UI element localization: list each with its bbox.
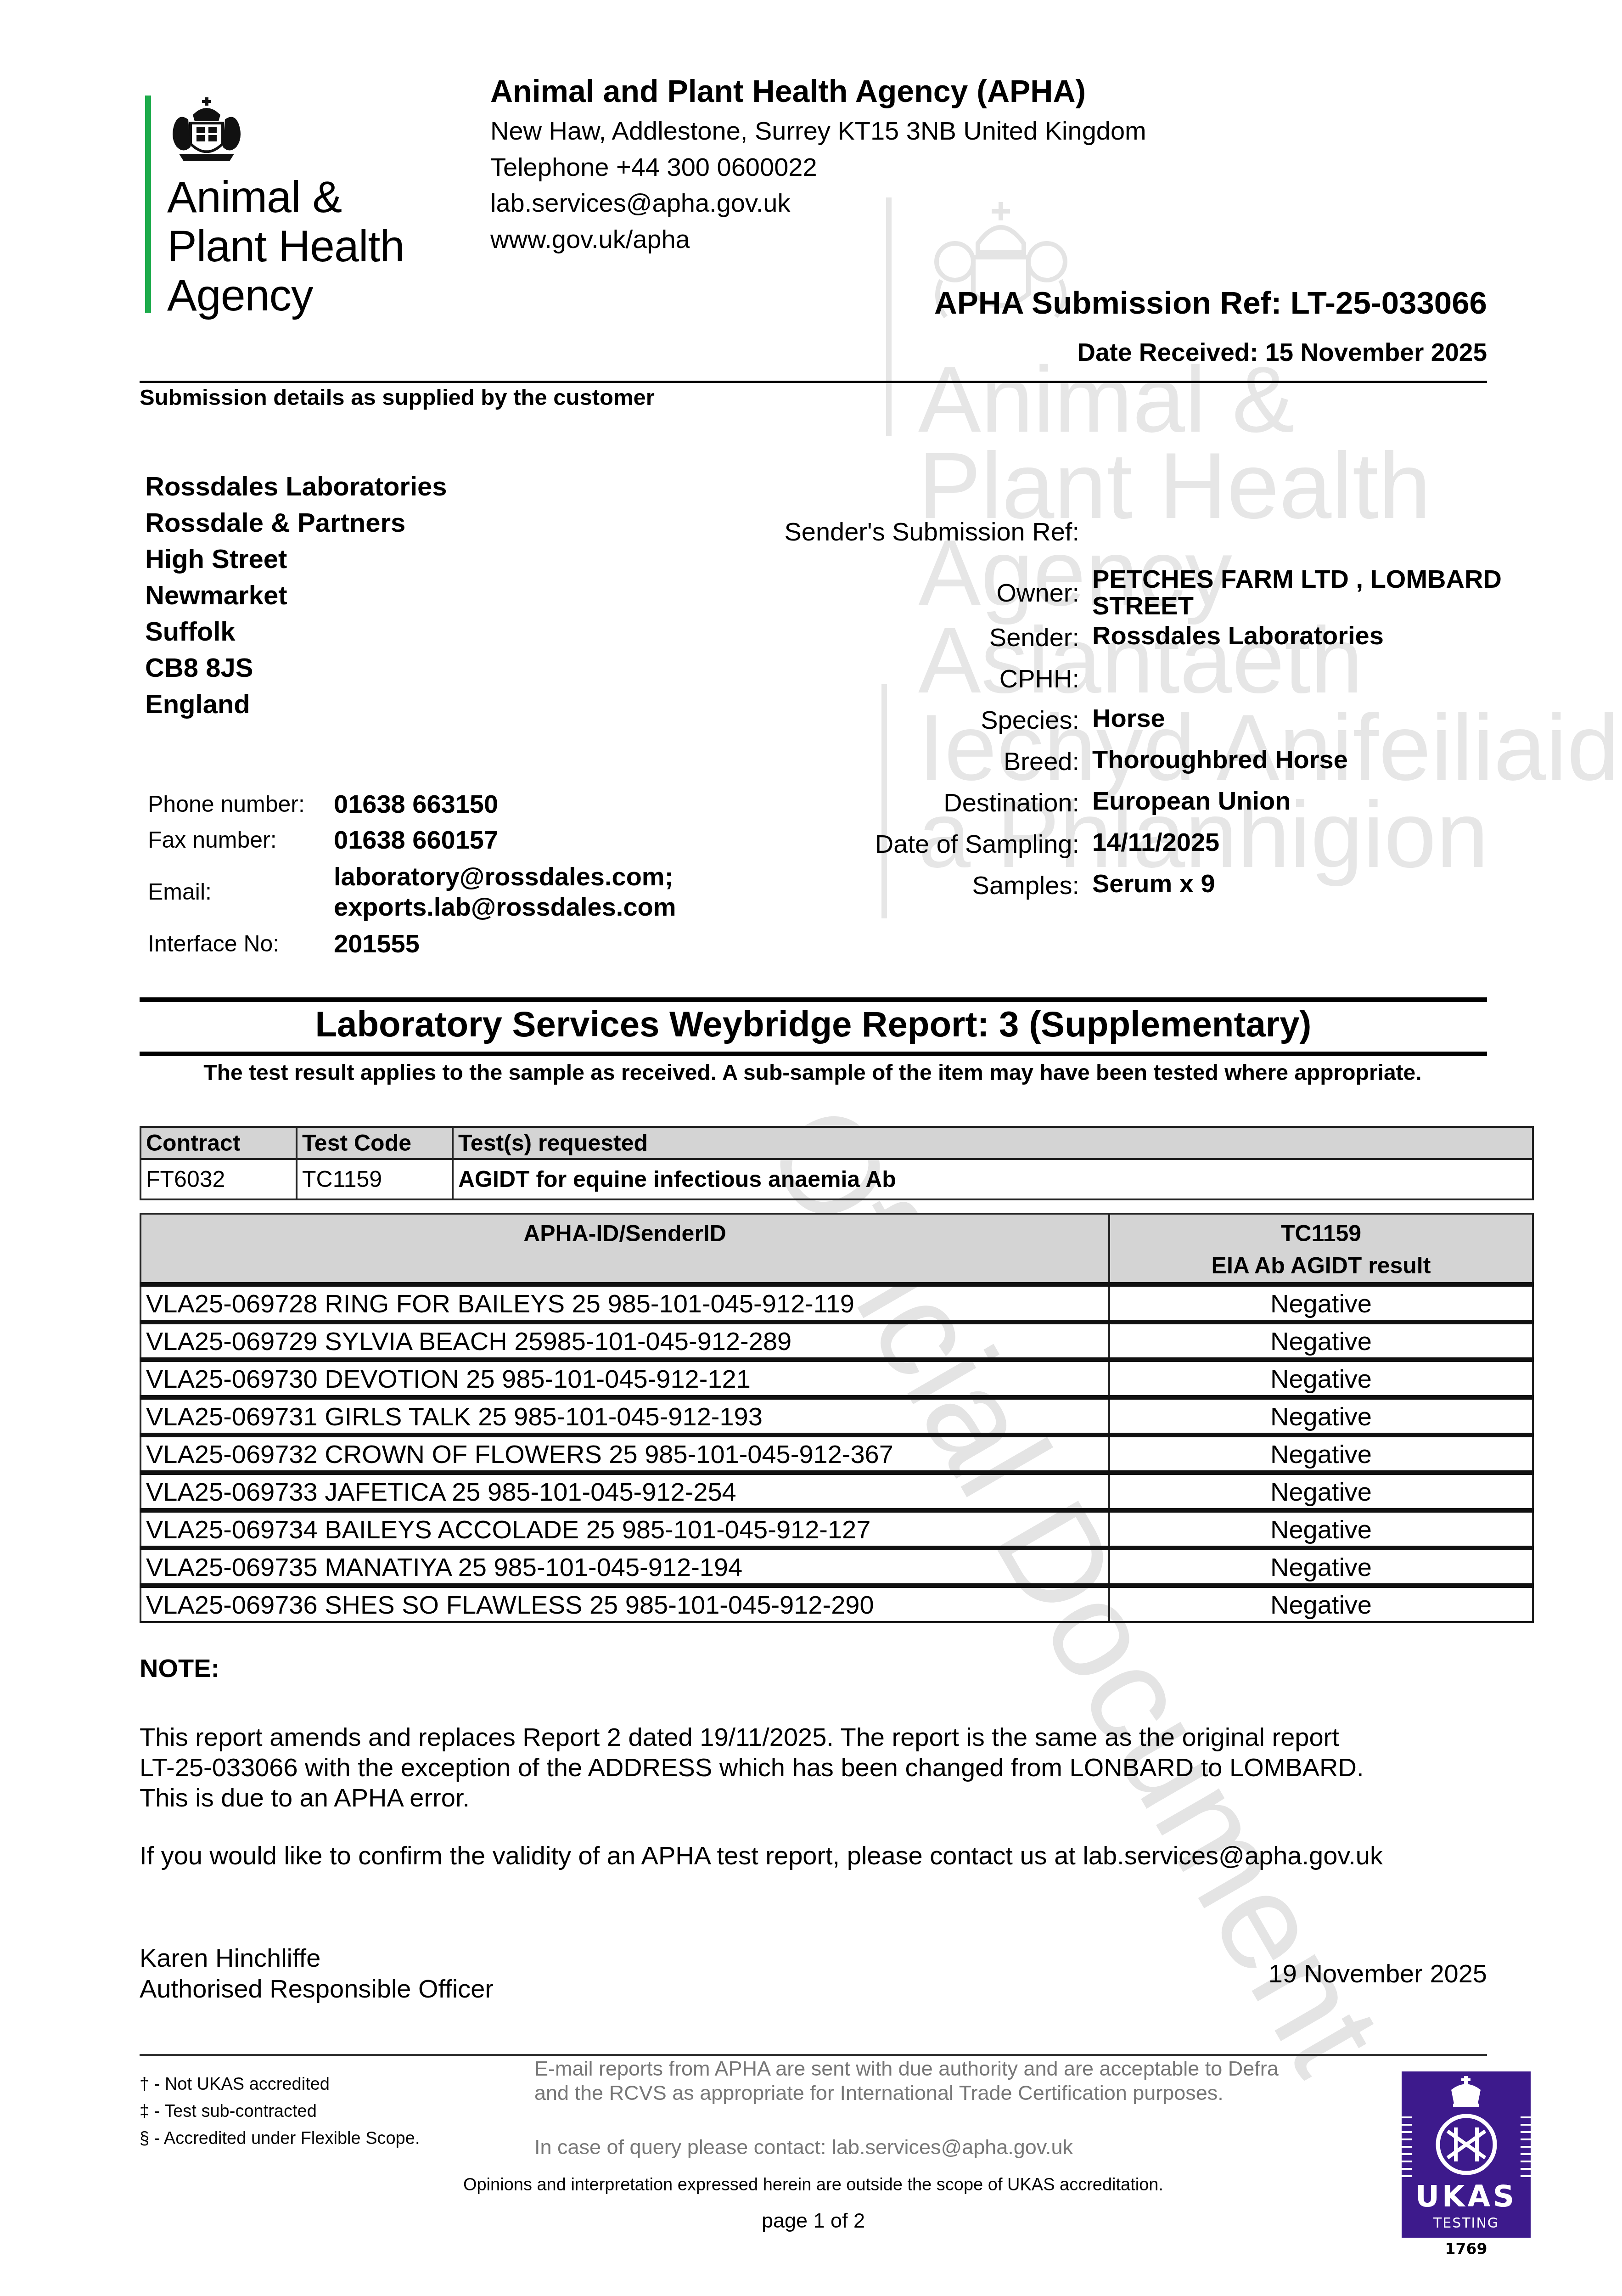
cell-result: Negative	[1109, 1548, 1533, 1586]
cell-result: Negative	[1109, 1322, 1533, 1360]
ukas-opinions-disclaimer: Opinions and interpretation expressed he…	[140, 2175, 1487, 2195]
report-title-rule-bottom	[140, 1052, 1487, 1056]
contact-phone: Phone number: 01638 663150	[148, 786, 710, 822]
customer-contact: Phone number: 01638 663150 Fax number: 0…	[148, 786, 710, 962]
column-header-test-code: Test Code	[297, 1127, 453, 1159]
cell-result: Negative	[1109, 1360, 1533, 1397]
tests-requested-table: Contract Test Code Test(s) requested FT6…	[140, 1126, 1534, 1200]
detail-owner: Owner: PETCHES FARM LTD , LOMBARD STREET	[780, 563, 1538, 622]
ukas-accreditation-number: 1769	[1402, 2240, 1531, 2258]
table-row: VLA25-069728 RING FOR BAILEYS 25 985-101…	[140, 1284, 1533, 1322]
validity-confirmation: If you would like to confirm the validit…	[140, 1840, 1499, 1871]
cell-result: Negative	[1109, 1586, 1533, 1622]
cell-sample-id: VLA25-069735 MANATIYA 25 985-101-045-912…	[140, 1548, 1109, 1586]
cell-test-code: TC1159	[297, 1159, 453, 1199]
cell-sample-id: VLA25-069733 JAFETICA 25 985-101-045-912…	[140, 1473, 1109, 1510]
contact-interface-no: Interface No: 201555	[148, 926, 710, 962]
column-header-result: TC1159 EIA Ab AGIDT result	[1109, 1214, 1533, 1284]
crown-icon	[1448, 2076, 1484, 2108]
detail-sender: Sender: Rossdales Laboratories	[780, 622, 1538, 664]
submission-ref: APHA Submission Ref: LT-25-033066	[934, 285, 1487, 321]
table-row: VLA25-069734 BAILEYS ACCOLADE 25 985-101…	[140, 1510, 1533, 1548]
cell-sample-id: VLA25-069736 SHES SO FLAWLESS 25 985-101…	[140, 1586, 1109, 1622]
detail-breed: Breed: Thoroughbred Horse	[780, 746, 1538, 788]
signatory-name: Karen Hinchliffe	[140, 1942, 494, 1973]
cell-result: Negative	[1109, 1510, 1533, 1548]
table-header-row: APHA-ID/SenderID TC1159 EIA Ab AGIDT res…	[140, 1214, 1533, 1284]
detail-date-of-sampling: Date of Sampling: 14/11/2025	[780, 829, 1538, 870]
email-notice: E-mail reports from APHA are sent with d…	[534, 2056, 1315, 2105]
footer-divider	[140, 2054, 1487, 2056]
detail-cphh: CPHH:	[780, 664, 1538, 705]
report-title-rule-top	[140, 997, 1487, 1002]
table-row: VLA25-069731 GIRLS TALK 25 985-101-045-9…	[140, 1397, 1533, 1435]
org-telephone: Telephone +44 300 0600022	[490, 152, 817, 182]
signatory: Karen Hinchliffe Authorised Responsible …	[140, 1942, 494, 2004]
org-email-link[interactable]: lab.services@apha.gov.uk	[490, 188, 791, 218]
cell-result: Negative	[1109, 1435, 1533, 1473]
table-row: VLA25-069730 DEVOTION 25 985-101-045-912…	[140, 1360, 1533, 1397]
ukas-emblem-icon	[1434, 2112, 1499, 2177]
cell-contract: FT6032	[140, 1159, 297, 1199]
signature-date: 19 November 2025	[1268, 1958, 1487, 1988]
footnotes: † - Not UKAS accredited ‡ - Test sub-con…	[140, 2071, 420, 2152]
cell-result: Negative	[1109, 1473, 1533, 1510]
table-row: VLA25-069733 JAFETICA 25 985-101-045-912…	[140, 1473, 1533, 1510]
cell-result: Negative	[1109, 1397, 1533, 1435]
query-contact: In case of query please contact: lab.ser…	[534, 2135, 1073, 2159]
detail-species: Species: Horse	[780, 705, 1538, 746]
cell-sample-id: VLA25-069734 BAILEYS ACCOLADE 25 985-101…	[140, 1510, 1109, 1548]
watermark-bar-top	[886, 197, 892, 436]
cell-result: Negative	[1109, 1284, 1533, 1322]
table-row: VLA25-069732 CROWN OF FLOWERS 25 985-101…	[140, 1435, 1533, 1473]
note-heading: NOTE:	[140, 1653, 219, 1683]
cell-sample-id: VLA25-069731 GIRLS TALK 25 985-101-045-9…	[140, 1397, 1109, 1435]
date-received: Date Received: 15 November 2025	[1077, 338, 1487, 367]
report-title: Laboratory Services Weybridge Report: 3 …	[140, 1003, 1487, 1045]
submission-details: Sender's Submission Ref: Owner: PETCHES …	[780, 517, 1538, 912]
column-header-id: APHA-ID/SenderID	[140, 1214, 1109, 1284]
org-title: Animal and Plant Health Agency (APHA)	[490, 73, 1086, 109]
table-row: VLA25-069735 MANATIYA 25 985-101-045-912…	[140, 1548, 1533, 1586]
ukas-scale-left	[1402, 2116, 1412, 2177]
customer-address: Rossdales Laboratories Rossdale & Partne…	[145, 468, 447, 722]
column-header-tests-requested: Test(s) requested	[453, 1127, 1533, 1159]
page-number: page 1 of 2	[140, 2209, 1487, 2233]
table-header-row: Contract Test Code Test(s) requested	[140, 1127, 1533, 1159]
ukas-logo: UKAS TESTING	[1402, 2071, 1531, 2238]
cell-sample-id: VLA25-069728 RING FOR BAILEYS 25 985-101…	[140, 1284, 1109, 1322]
header-divider	[140, 381, 1487, 383]
table-row: VLA25-069729 SYLVIA BEACH 25985-101-045-…	[140, 1322, 1533, 1360]
org-address: New Haw, Addlestone, Surrey KT15 3NB Uni…	[490, 116, 1146, 146]
cell-test-requested: AGIDT for equine infectious anaemia Ab	[453, 1159, 1533, 1199]
ukas-scale-right	[1521, 2116, 1531, 2177]
contact-email: Email: laboratory@rossdales.com; exports…	[148, 858, 710, 926]
table-row: FT6032 TC1159 AGIDT for equine infectiou…	[140, 1159, 1533, 1199]
royal-coat-of-arms-icon	[165, 96, 248, 165]
report-disclaimer: The test result applies to the sample as…	[174, 1060, 1451, 1086]
logo-accent-bar	[145, 96, 151, 313]
logo-wordmark: Animal & Plant Health Agency	[167, 172, 404, 320]
column-header-contract: Contract	[140, 1127, 297, 1159]
detail-senders-ref: Sender's Submission Ref:	[780, 517, 1538, 563]
detail-destination: Destination: European Union	[780, 788, 1538, 829]
cell-sample-id: VLA25-069732 CROWN OF FLOWERS 25 985-101…	[140, 1435, 1109, 1473]
cell-sample-id: VLA25-069730 DEVOTION 25 985-101-045-912…	[140, 1360, 1109, 1397]
org-website-link[interactable]: www.gov.uk/apha	[490, 224, 690, 254]
signatory-role: Authorised Responsible Officer	[140, 1973, 494, 2004]
note-paragraph: This report amends and replaces Report 2…	[140, 1722, 1499, 1813]
detail-samples: Samples: Serum x 9	[780, 870, 1538, 912]
cell-sample-id: VLA25-069729 SYLVIA BEACH 25985-101-045-…	[140, 1322, 1109, 1360]
results-body: VLA25-069728 RING FOR BAILEYS 25 985-101…	[140, 1284, 1533, 1622]
results-table: APHA-ID/SenderID TC1159 EIA Ab AGIDT res…	[140, 1213, 1534, 1623]
submission-section-label: Submission details as supplied by the cu…	[140, 385, 655, 411]
contact-fax: Fax number: 01638 660157	[148, 822, 710, 858]
table-row: VLA25-069736 SHES SO FLAWLESS 25 985-101…	[140, 1586, 1533, 1622]
